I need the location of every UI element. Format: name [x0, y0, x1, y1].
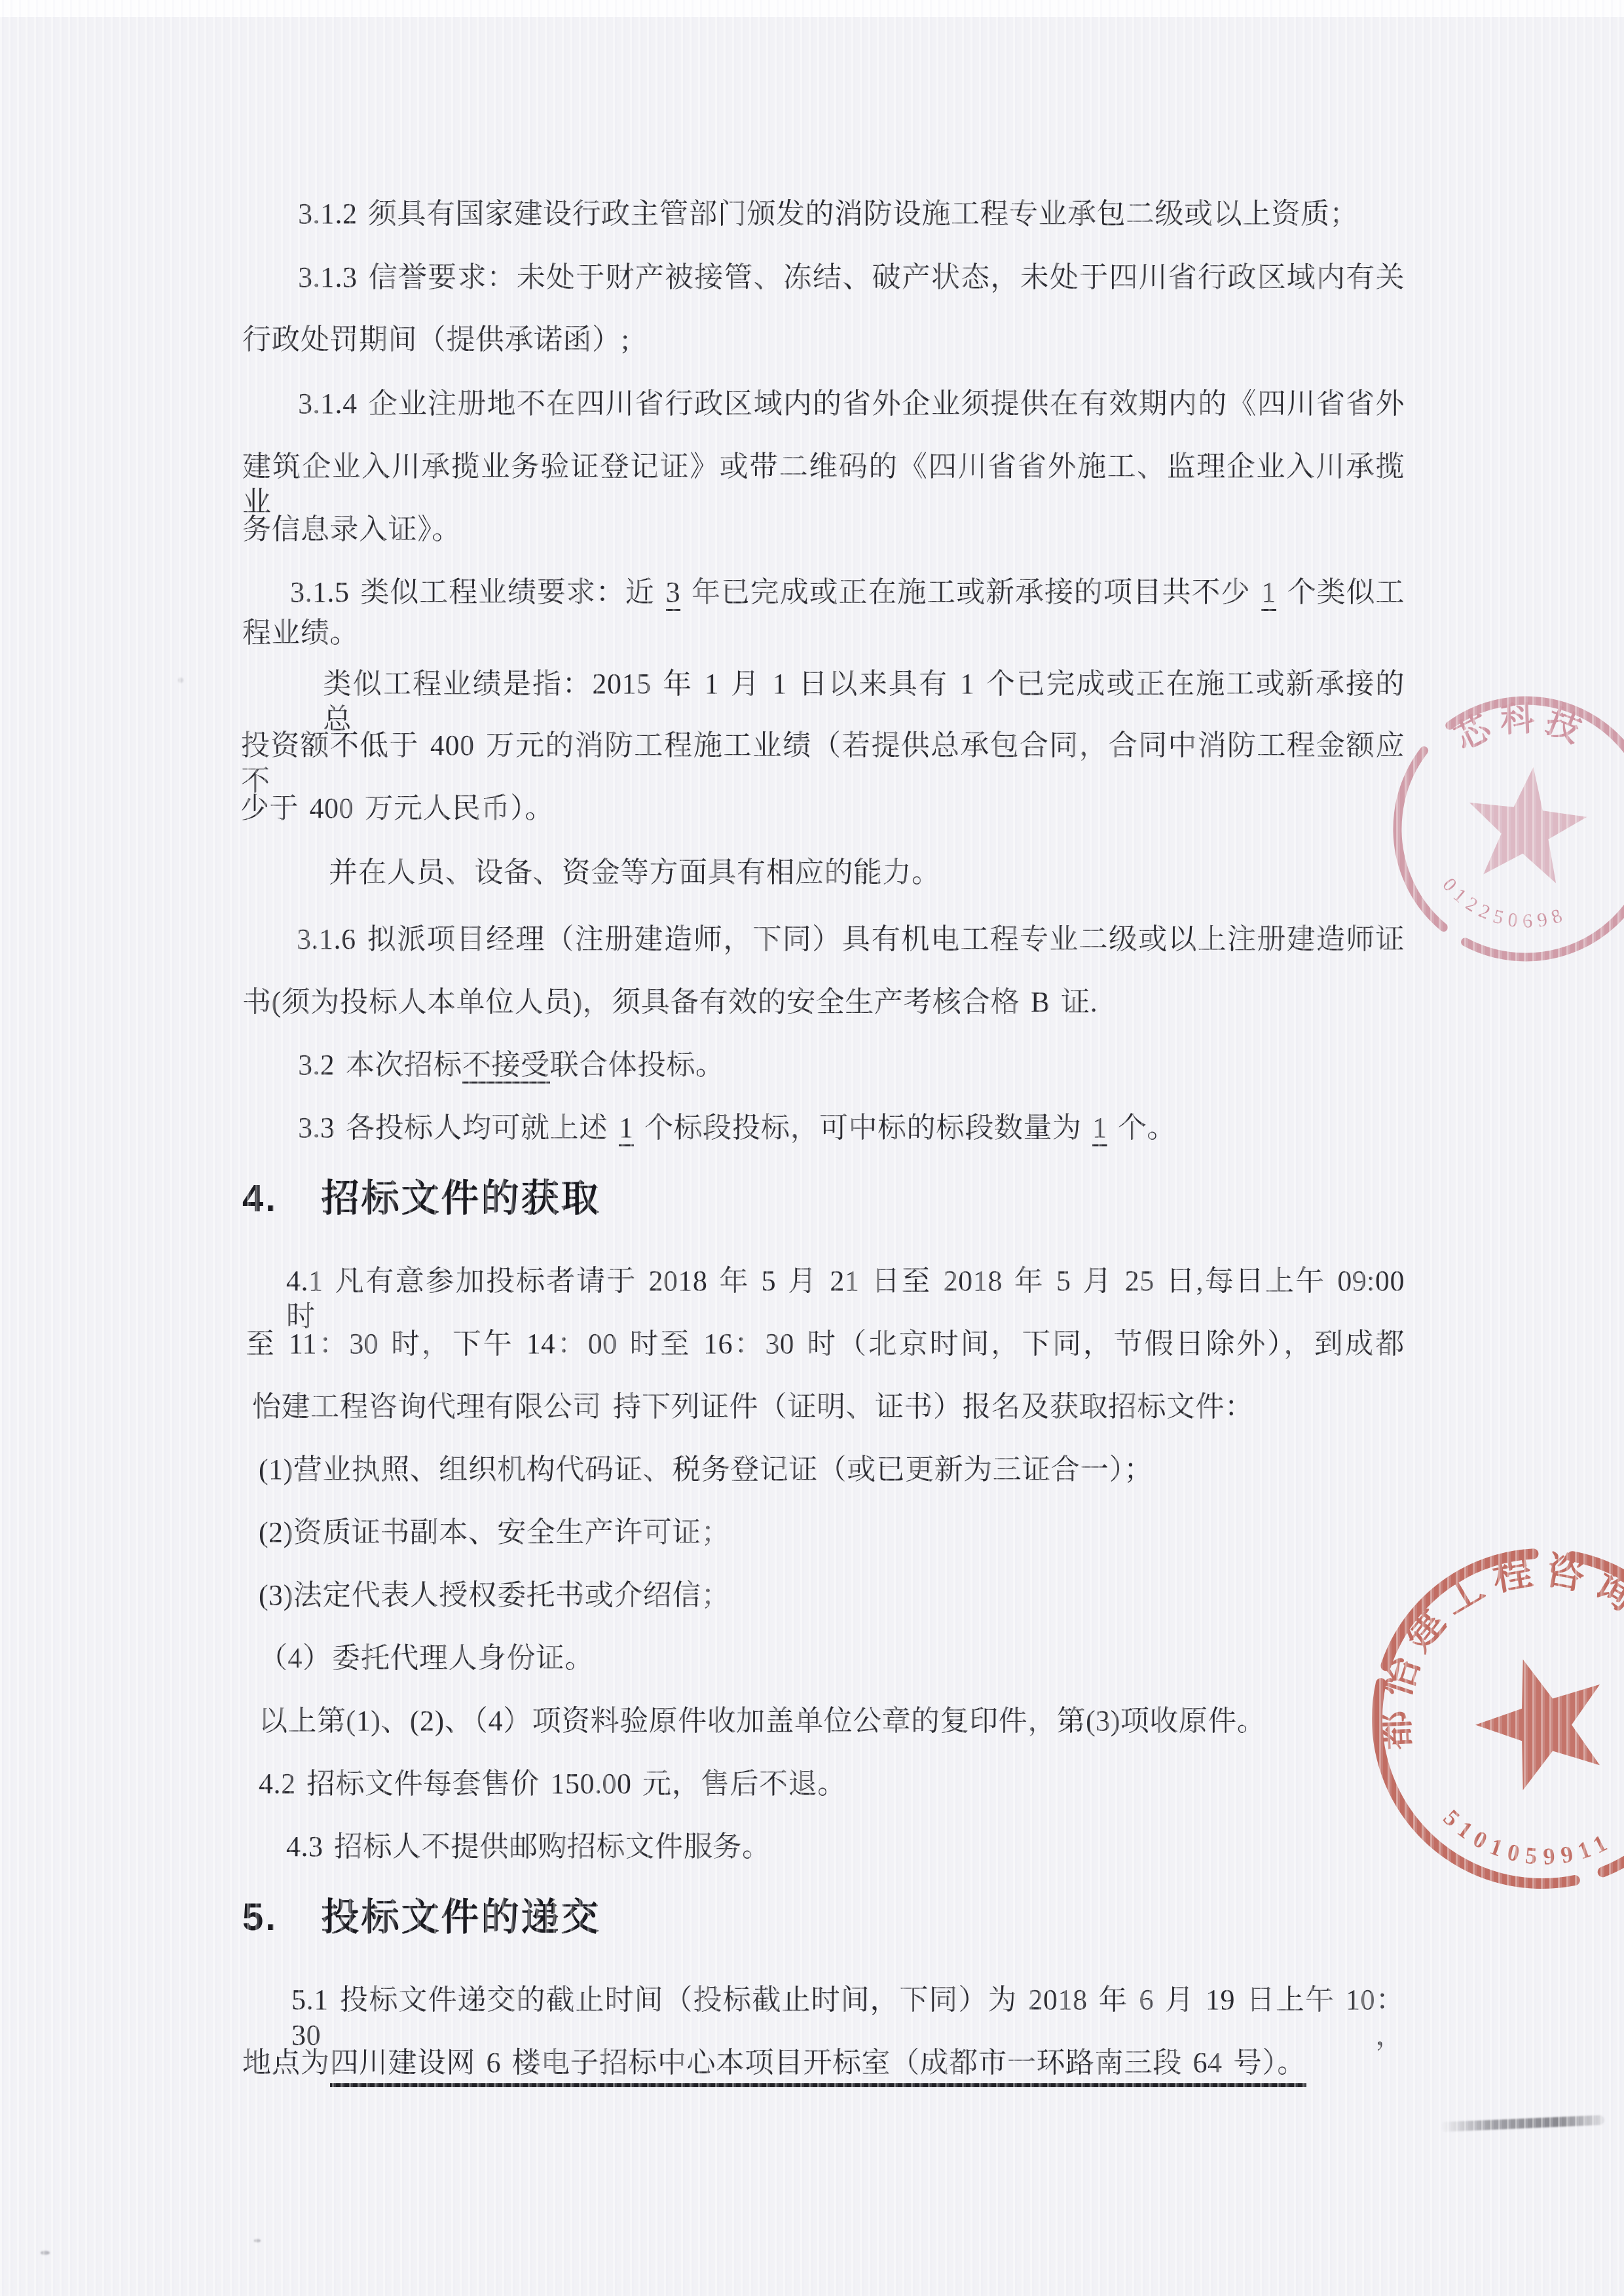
doc-text: 个标段投标，可中标的标段数量为	[634, 1112, 1093, 1144]
seal-company-text: 芯科技	[1445, 689, 1595, 773]
doc-text: 3.1.5 类似工程业绩要求：近	[290, 576, 666, 608]
scan-edge-strip	[0, 0, 1624, 17]
doc-line: 程业绩。	[242, 615, 359, 651]
doc-line: 4.1 凡有意参加投标者请于 2018 年 5 月 21 日至 2018 年 5…	[286, 1264, 1405, 1334]
doc-line: 4.3 招标人不提供邮购招标文件服务。	[286, 1829, 771, 1865]
doc-line: 怡建工程咨询代理有限公司 持下列证件（证明、证书）报名及获取招标文件：	[252, 1389, 1254, 1425]
svg-text:芯科技: 芯科技	[1445, 689, 1595, 773]
doc-line: 地点为四川建设网 6 楼电子招标中心本项目开标室（成都市一环路南三段 64 号）…	[242, 2045, 1306, 2081]
section-heading-4: 4. 招标文件的获取	[242, 1177, 601, 1220]
doc-line: (2)资质证书副本、安全生产许可证；	[259, 1515, 730, 1550]
company-seal-top: 芯科技 012250698	[1367, 670, 1624, 988]
doc-text: 个。	[1107, 1112, 1177, 1144]
doc-line: 3.1.5 类似工程业绩要求：近 3 年已完成或正在施工或新承接的项目共不少 1…	[290, 575, 1405, 610]
doc-text: 3.3 各投标人均可就上述	[298, 1112, 619, 1144]
pencil-smudge	[1441, 2115, 1604, 2132]
doc-line: 建筑企业入川承揽业务验证登记证》或带二维码的《四川省省外施工、监理企业入川承揽业	[242, 449, 1405, 520]
doc-text: 地点为	[242, 2047, 330, 2079]
doc-line: 3.2 本次招标不接受联合体投标。	[298, 1048, 725, 1083]
doc-line: 并在人员、设备、资金等方面具有相应的能力。	[329, 855, 941, 890]
star-icon	[1461, 1639, 1624, 1798]
doc-text: 个类似工	[1276, 576, 1405, 608]
scan-speck	[41, 2251, 50, 2255]
doc-line: 3.1.3 信誉要求：未处于财产被接管、冻结、破产状态，未处于四川省行政区域内有…	[298, 260, 1405, 295]
scan-speck	[178, 678, 183, 683]
underlined-value: 不接受	[462, 1049, 550, 1084]
doc-line: 少于 400 万元人民币）。	[240, 791, 554, 826]
seal-serial-number: 012250698	[1434, 872, 1575, 938]
doc-line: 3.1.6 拟派项目经理（注册建造师，下同）具有机电工程专业二级或以上注册建造师…	[297, 922, 1405, 957]
svg-text:012250698: 012250698	[1434, 872, 1575, 938]
scan-speck	[254, 2239, 261, 2242]
scanned-document-page: 3.1.2 须具有国家建设行政主管部门颁发的消防设施工程专业承包二级或以上资质；…	[0, 0, 1624, 2296]
doc-line: 投资额不低于 400 万元的消防工程施工业绩（若提供总承包合同，合同中消防工程金…	[241, 728, 1405, 799]
doc-line: 以上第(1)、(2)、（4）项资料验原件收加盖单位公章的复印件，第(3)项收原件…	[259, 1704, 1266, 1739]
doc-line: 务信息录入证》。	[242, 512, 461, 547]
underlined-value: 1	[1092, 1112, 1107, 1146]
doc-line: 5.1 投标文件递交的截止时间（投标截止时间，下同）为 2018 年 6 月 1…	[291, 1982, 1405, 2053]
doc-line: 至 11：30 时，下午 14：00 时至 16：30 时（北京时间，下同，节假…	[246, 1326, 1405, 1362]
underlined-value: 1	[619, 1112, 634, 1146]
doc-line: (1)营业执照、组织机构代码证、税务登记证（或已更新为三证合一）；	[259, 1452, 1153, 1487]
doc-line: 3.1.4 企业注册地不在四川省行政区域内的省外企业须提供在有效期内的《四川省省…	[298, 386, 1405, 422]
doc-text: 3.2 本次招标	[298, 1049, 462, 1081]
doc-line: （4）委托代理人身份证。	[259, 1641, 594, 1676]
underlined-value: 1	[1261, 576, 1276, 611]
company-seal-bottom: 都怡建工程咨询代 5101059911	[1311, 1487, 1624, 1950]
doc-line: 3.3 各投标人均可就上述 1 个标段投标，可中标的标段数量为 1 个。	[298, 1110, 1176, 1146]
doc-line: 书(须为投标人本单位人员)，须具备有效的安全生产考核合格 B 证.	[242, 985, 1098, 1020]
star-icon	[1461, 760, 1592, 886]
doc-line: 3.1.2 须具有国家建设行政主管部门颁发的消防设施工程专业承包二级或以上资质；	[298, 196, 1359, 232]
doc-line: 行政处罚期间（提供承诺函）;	[242, 322, 629, 357]
underlined-address: 四川建设网 6 楼电子招标中心本项目开标室（成都市一环路南三段 64 号）。	[330, 2047, 1306, 2087]
doc-line: (3)法定代表人授权委托书或介绍信；	[259, 1578, 730, 1613]
doc-text: 年已完成或正在施工或新承接的项目共不少	[680, 576, 1261, 608]
underlined-value: 3	[666, 576, 681, 611]
doc-line: 4.2 招标文件每套售价 150.00 元，售后不退。	[259, 1766, 847, 1802]
doc-text: 联合体投标。	[550, 1049, 725, 1081]
doc-line: 类似工程业绩是指：2015 年 1 月 1 日以来具有 1 个已完成或正在施工或…	[323, 666, 1405, 737]
section-heading-5: 5. 投标文件的递交	[242, 1896, 601, 1939]
